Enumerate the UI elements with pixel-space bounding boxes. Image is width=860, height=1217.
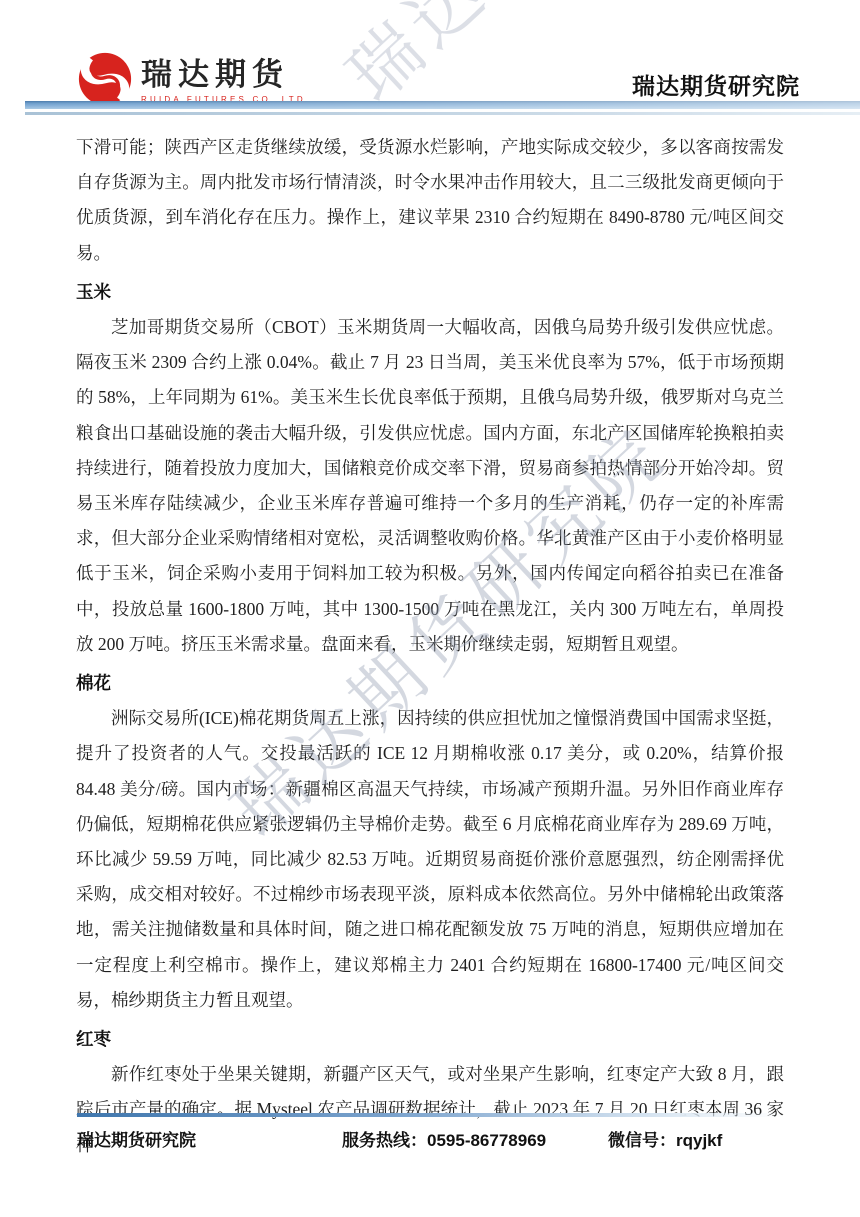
paragraph-corn: 芝加哥期货交易所（CBOT）玉米期货周一大幅收高，因俄乌局势升级引发供应忧虑。隔…: [76, 310, 784, 662]
footer-hotline: 服务热线：0595-86778969: [342, 1126, 546, 1151]
section-heading-cotton: 棉花: [76, 666, 784, 701]
paragraph-apple-continuation: 下滑可能；陕西产区走货继续放缓，受货源水烂影响，产地实际成交较少，多以客商按需发…: [76, 130, 784, 271]
footer-wechat: 微信号：rqyjkf: [608, 1126, 722, 1151]
paragraph-cotton: 洲际交易所(ICE)棉花期货周五上涨，因持续的供应担忧加之憧憬消费国中国需求坚挺…: [76, 701, 784, 1018]
brand-block: 瑞达期货 RUIDA FUTURES CO.,LTD.: [141, 58, 311, 104]
footer-institute: 瑞达期货研究院: [77, 1126, 196, 1151]
brand-name-cn: 瑞达期货: [141, 58, 311, 92]
header-institute-title: 瑞达期货研究院: [632, 68, 800, 101]
section-heading-red-dates: 红枣: [76, 1022, 784, 1057]
section-heading-corn: 玉米: [76, 275, 784, 310]
report-page: 瑞达期货 RUIDA FUTURES CO.,LTD. 瑞达期货研究院 下滑可能…: [0, 0, 860, 1217]
footer-rule: [77, 1113, 784, 1117]
header-rule: [25, 101, 860, 109]
ruida-logo-icon: [76, 50, 134, 108]
report-body: 下滑可能；陕西产区走货继续放缓，受货源水烂影响，产地实际成交较少，多以客商按需发…: [76, 130, 784, 1163]
header-rule-thin: [25, 112, 860, 115]
